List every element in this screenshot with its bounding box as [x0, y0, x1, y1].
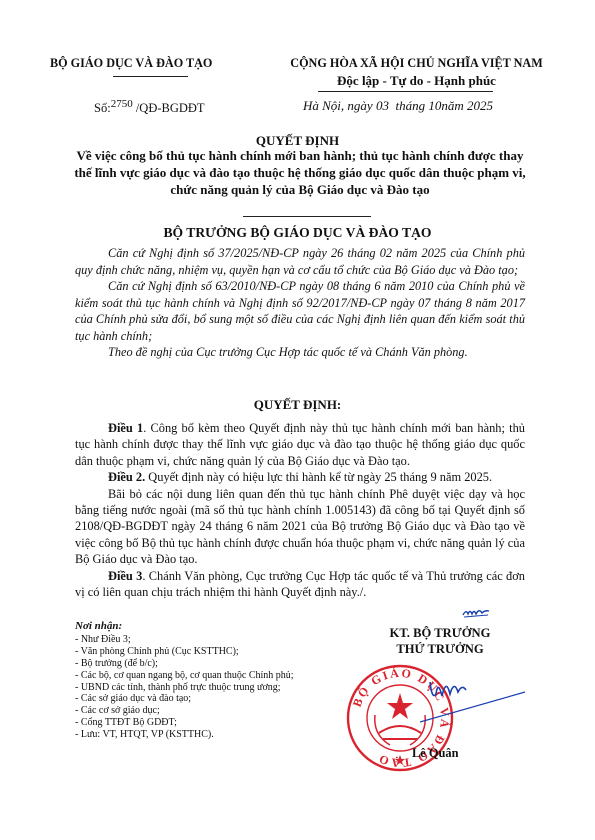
national-motto: Độc lập - Tự do - Hạnh phúc: [264, 73, 569, 89]
issuing-ministry: BỘ GIÁO DỤC VÀ ĐÀO TẠO: [50, 56, 190, 71]
ministry-underline: [113, 76, 188, 77]
recipients-heading: Nơi nhận:: [75, 621, 294, 633]
document-subject: Về việc công bố thủ tục hành chính mới b…: [70, 147, 530, 198]
signature-title-1: KT. BỘ TRƯỞNG: [365, 625, 515, 641]
date-month: 10: [428, 98, 441, 113]
handwritten-signature: [420, 670, 530, 730]
recipient-item: - Các sở giáo dục và đào tạo;: [75, 693, 294, 705]
article-label: Điều 3: [108, 569, 142, 583]
recipient-item: - Các cơ sở giáo dục;: [75, 705, 294, 717]
article-2-annul: Bãi bỏ các nội dung liên quan đến thủ tụ…: [75, 486, 525, 568]
recipient-item: - Cổng TTĐT Bộ GDĐT;: [75, 717, 294, 729]
date-month-label: tháng: [389, 98, 428, 113]
article-sep: .: [143, 421, 150, 435]
basis-item: Theo đề nghị của Cục trưởng Cục Hợp tác …: [75, 344, 525, 361]
decision-heading: QUYẾT ĐỊNH:: [0, 397, 595, 413]
article-label: Điều 2.: [108, 470, 145, 484]
date-day: 03: [376, 98, 389, 113]
article-text: Quyết định này có hiệu lực thi hành kể t…: [148, 470, 492, 484]
date-year-label: năm: [441, 98, 467, 113]
article-2: Điều 2. Quyết định này có hiệu lực thi h…: [75, 469, 525, 485]
motto-underline: [318, 91, 493, 92]
articles: Điều 1. Công bố kèm theo Quyết định này …: [75, 420, 525, 600]
recipient-item: - Văn phòng Chính phủ (Cục KSTTHC);: [75, 646, 294, 658]
date-year: 2025: [467, 98, 493, 113]
basis-item: Căn cứ Nghị định số 37/2025/NĐ-CP ngày 2…: [75, 245, 525, 278]
issue-date: Hà Nội, ngày 03 tháng 10năm 2025: [303, 98, 493, 114]
article-3: Điều 3. Chánh Văn phòng, Cục trưởng Cục …: [75, 568, 525, 601]
doc-number-value: 2750: [111, 98, 133, 110]
signer-name: Lê Quân: [412, 746, 458, 761]
national-header: CỘNG HÒA XÃ HỘI CHỦ NGHĨA VIỆT NAM Độc l…: [264, 56, 569, 89]
doc-number-suffix: /QĐ-BGDĐT: [133, 101, 205, 115]
recipient-item: - Lưu: VT, HTQT, VP (KSTTHC).: [75, 729, 294, 741]
legal-basis: Căn cứ Nghị định số 37/2025/NĐ-CP ngày 2…: [75, 245, 525, 361]
recipient-item: - UBND các tỉnh, thành phố trực thuộc tr…: [75, 682, 294, 694]
subject-underline: [243, 216, 371, 217]
basis-item: Căn cứ Nghị định số 63/2010/NĐ-CP ngày 0…: [75, 278, 525, 344]
doc-number-prefix: Số:: [94, 101, 111, 115]
article-label: Điều 1: [108, 421, 143, 435]
signature-block: KT. BỘ TRƯỞNG THỨ TRƯỞNG: [365, 625, 515, 657]
document-number: Số:2750 /QĐ-BGDĐT: [94, 98, 205, 116]
initials-mark: [462, 606, 490, 618]
signature-title-2: THỨ TRƯỞNG: [365, 641, 515, 657]
recipient-item: - Các bộ, cơ quan ngang bộ, cơ quan thuộ…: [75, 670, 294, 682]
recipient-item: - Bộ trưởng (để b/c);: [75, 658, 294, 670]
recipients: Nơi nhận: - Như Điều 3; - Văn phòng Chín…: [75, 621, 294, 741]
article-text: Bãi bỏ các nội dung liên quan đến thủ tụ…: [75, 487, 525, 567]
article-1: Điều 1. Công bố kèm theo Quyết định này …: [75, 420, 525, 469]
recipient-item: - Như Điều 3;: [75, 634, 294, 646]
country-name: CỘNG HÒA XÃ HỘI CHỦ NGHĨA VIỆT NAM: [264, 56, 569, 71]
date-place: Hà Nội, ngày: [303, 98, 376, 113]
issuing-authority: BỘ TRƯỞNG BỘ GIÁO DỤC VÀ ĐÀO TẠO: [0, 225, 595, 241]
